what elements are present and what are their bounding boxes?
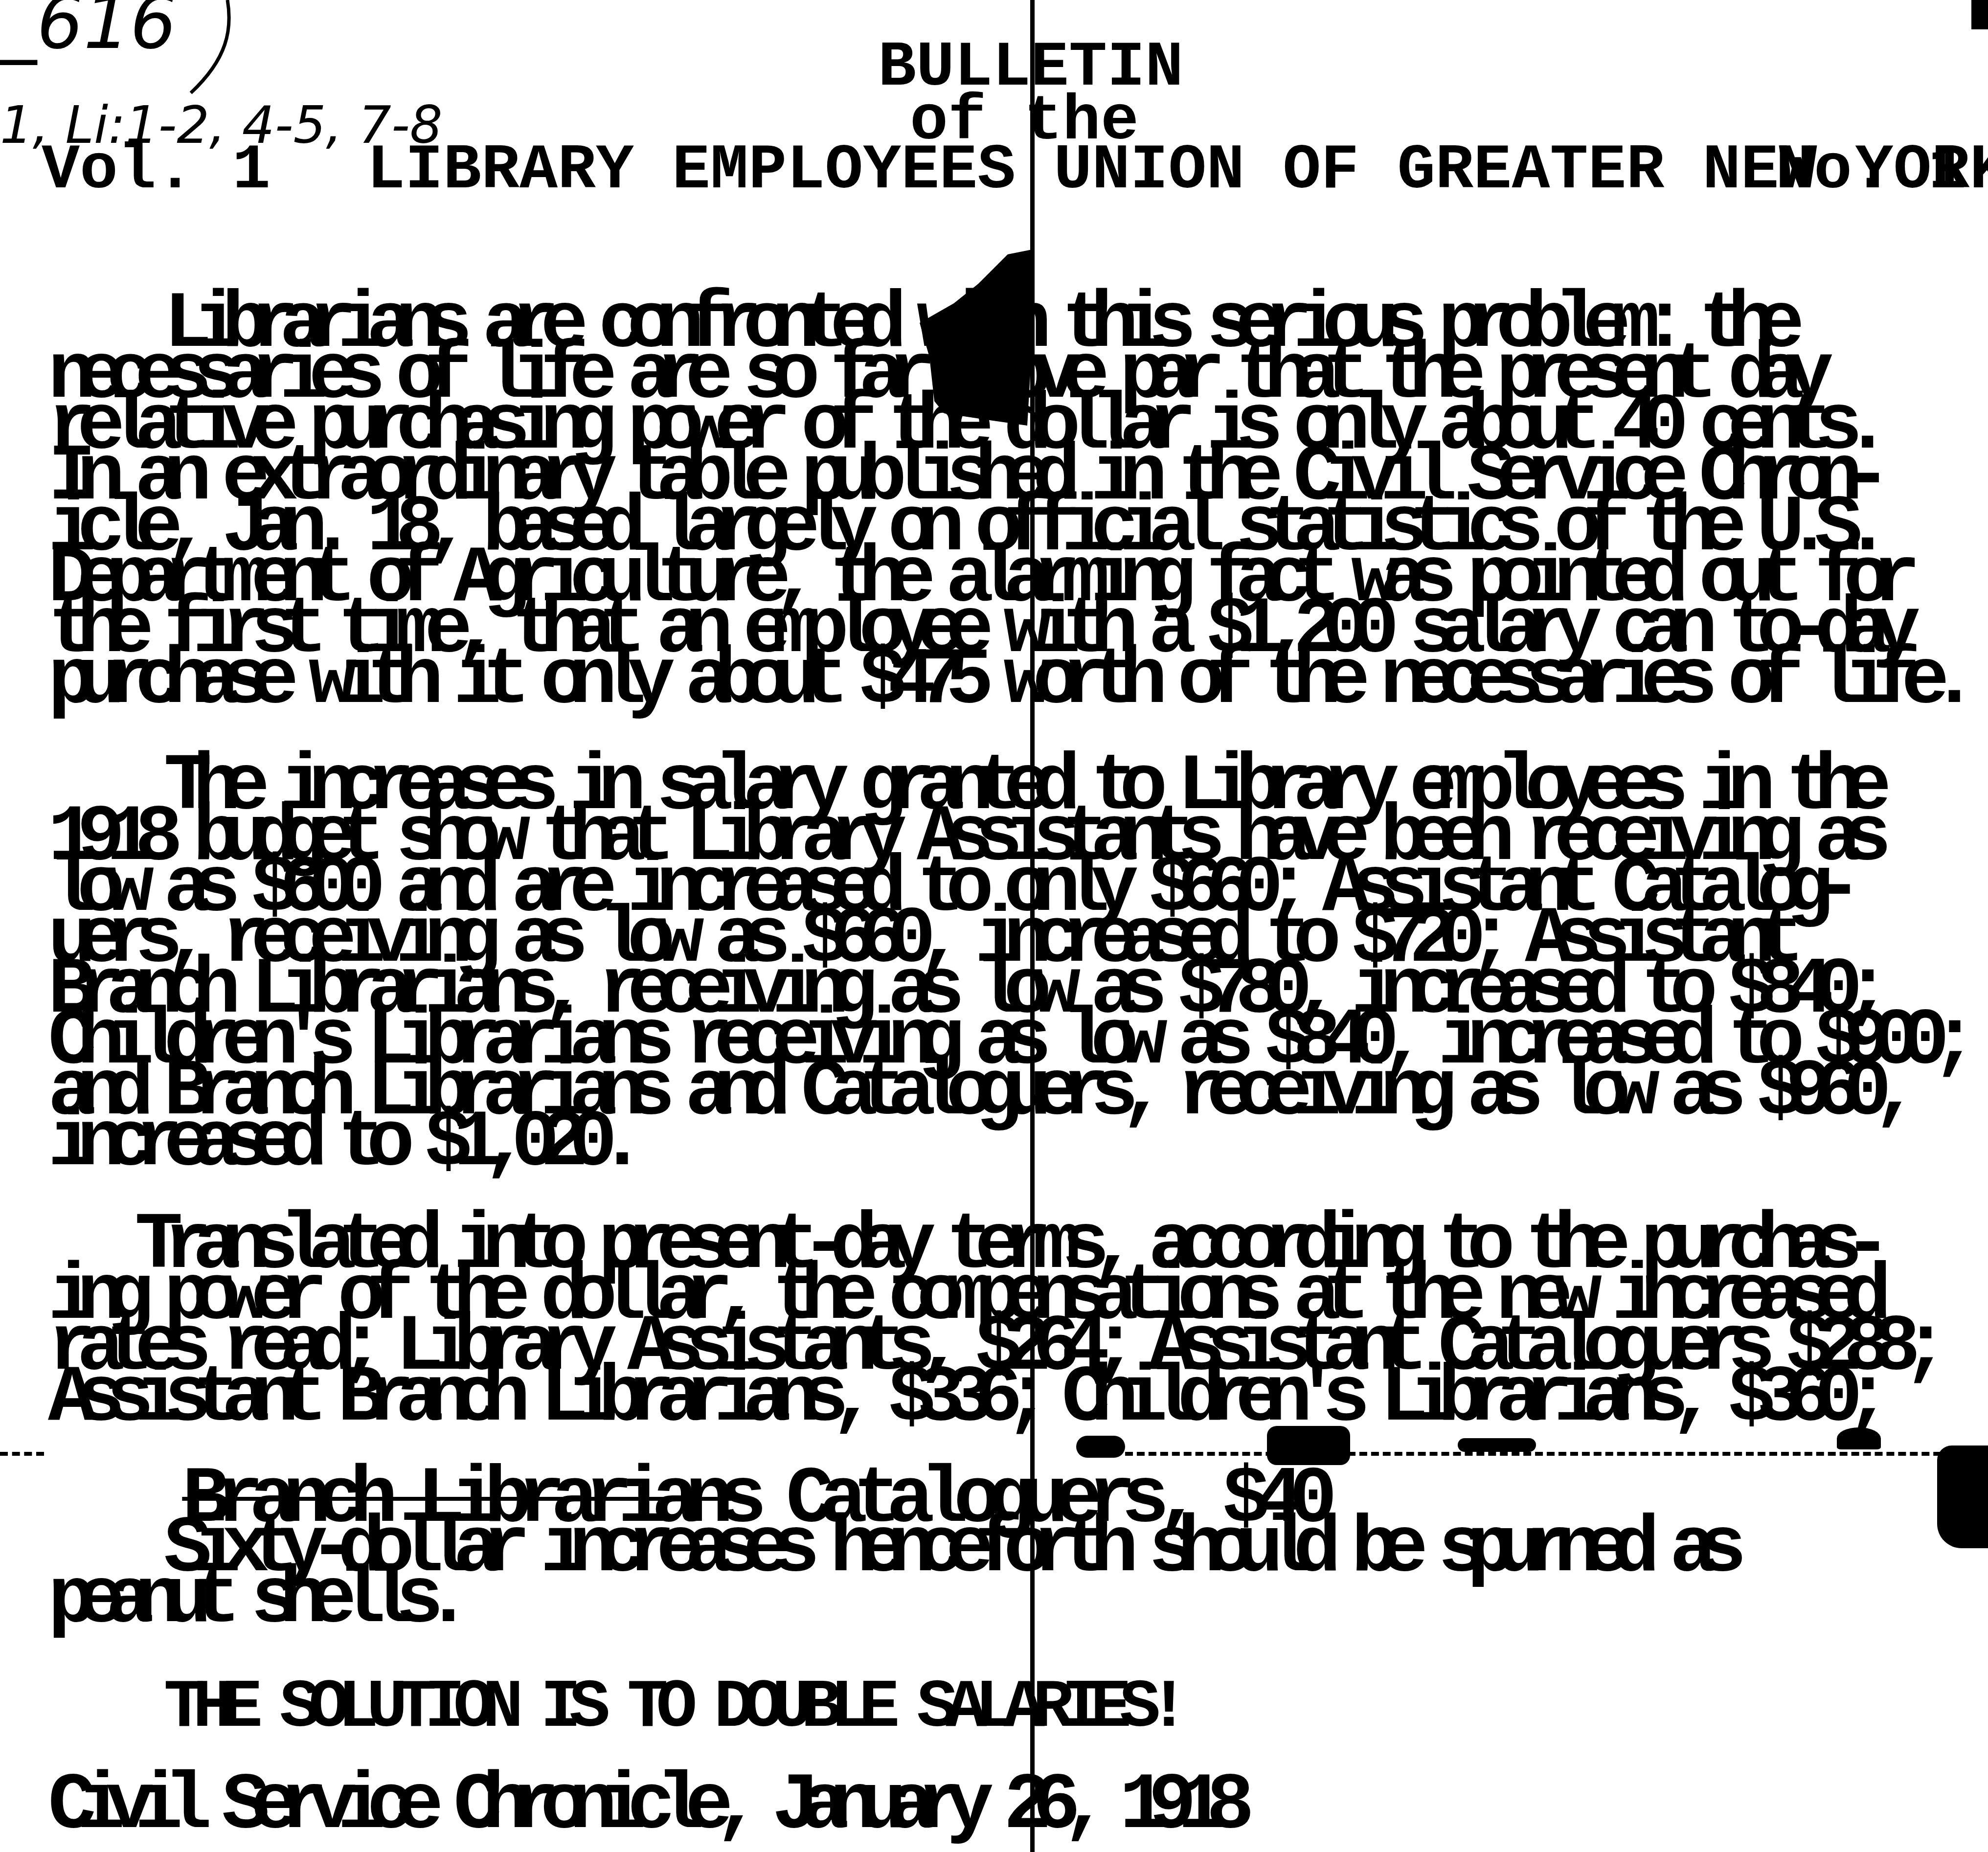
damage-blotch-mid — [1267, 1426, 1350, 1465]
issue-number: No. 1 — [1776, 142, 1966, 201]
text-line: purchase with it only about $475 worth o… — [48, 655, 1959, 706]
text-line: peanut shells. — [48, 1575, 453, 1626]
strike-through-rule — [0, 1452, 44, 1456]
organization-name: LIBRARY EMPLOYEES UNION OF GREATER NEW Y… — [367, 142, 1988, 201]
handwritten-bracket-curve — [88, 0, 235, 98]
strike-through-rule-right — [1125, 1452, 1988, 1456]
volume-label: Vol. 1 — [42, 142, 271, 201]
text-line: increased to $1,020. — [48, 1118, 627, 1169]
damage-blotch-arrow — [1458, 1438, 1536, 1452]
damage-blotch-peak — [1837, 1427, 1881, 1449]
damage-blotch-right-edge — [1937, 1445, 1988, 1548]
slogan: THE SOLUTION IS TO DOUBLE SALARIES! — [48, 1683, 1177, 1734]
text-line: Assistant Branch Librarians, $336; Child… — [48, 1373, 1873, 1424]
document-page: _616 1, Li:1-2, 4-5, 7-8 BULLETIN of the… — [0, 0, 1988, 1852]
source-citation: Civil Service Chronicle, January 26, 191… — [48, 1781, 1235, 1831]
damage-blotch-top — [920, 245, 1037, 440]
damage-blotch-top-right — [1971, 0, 1988, 29]
damage-blotch-small — [1076, 1436, 1125, 1458]
